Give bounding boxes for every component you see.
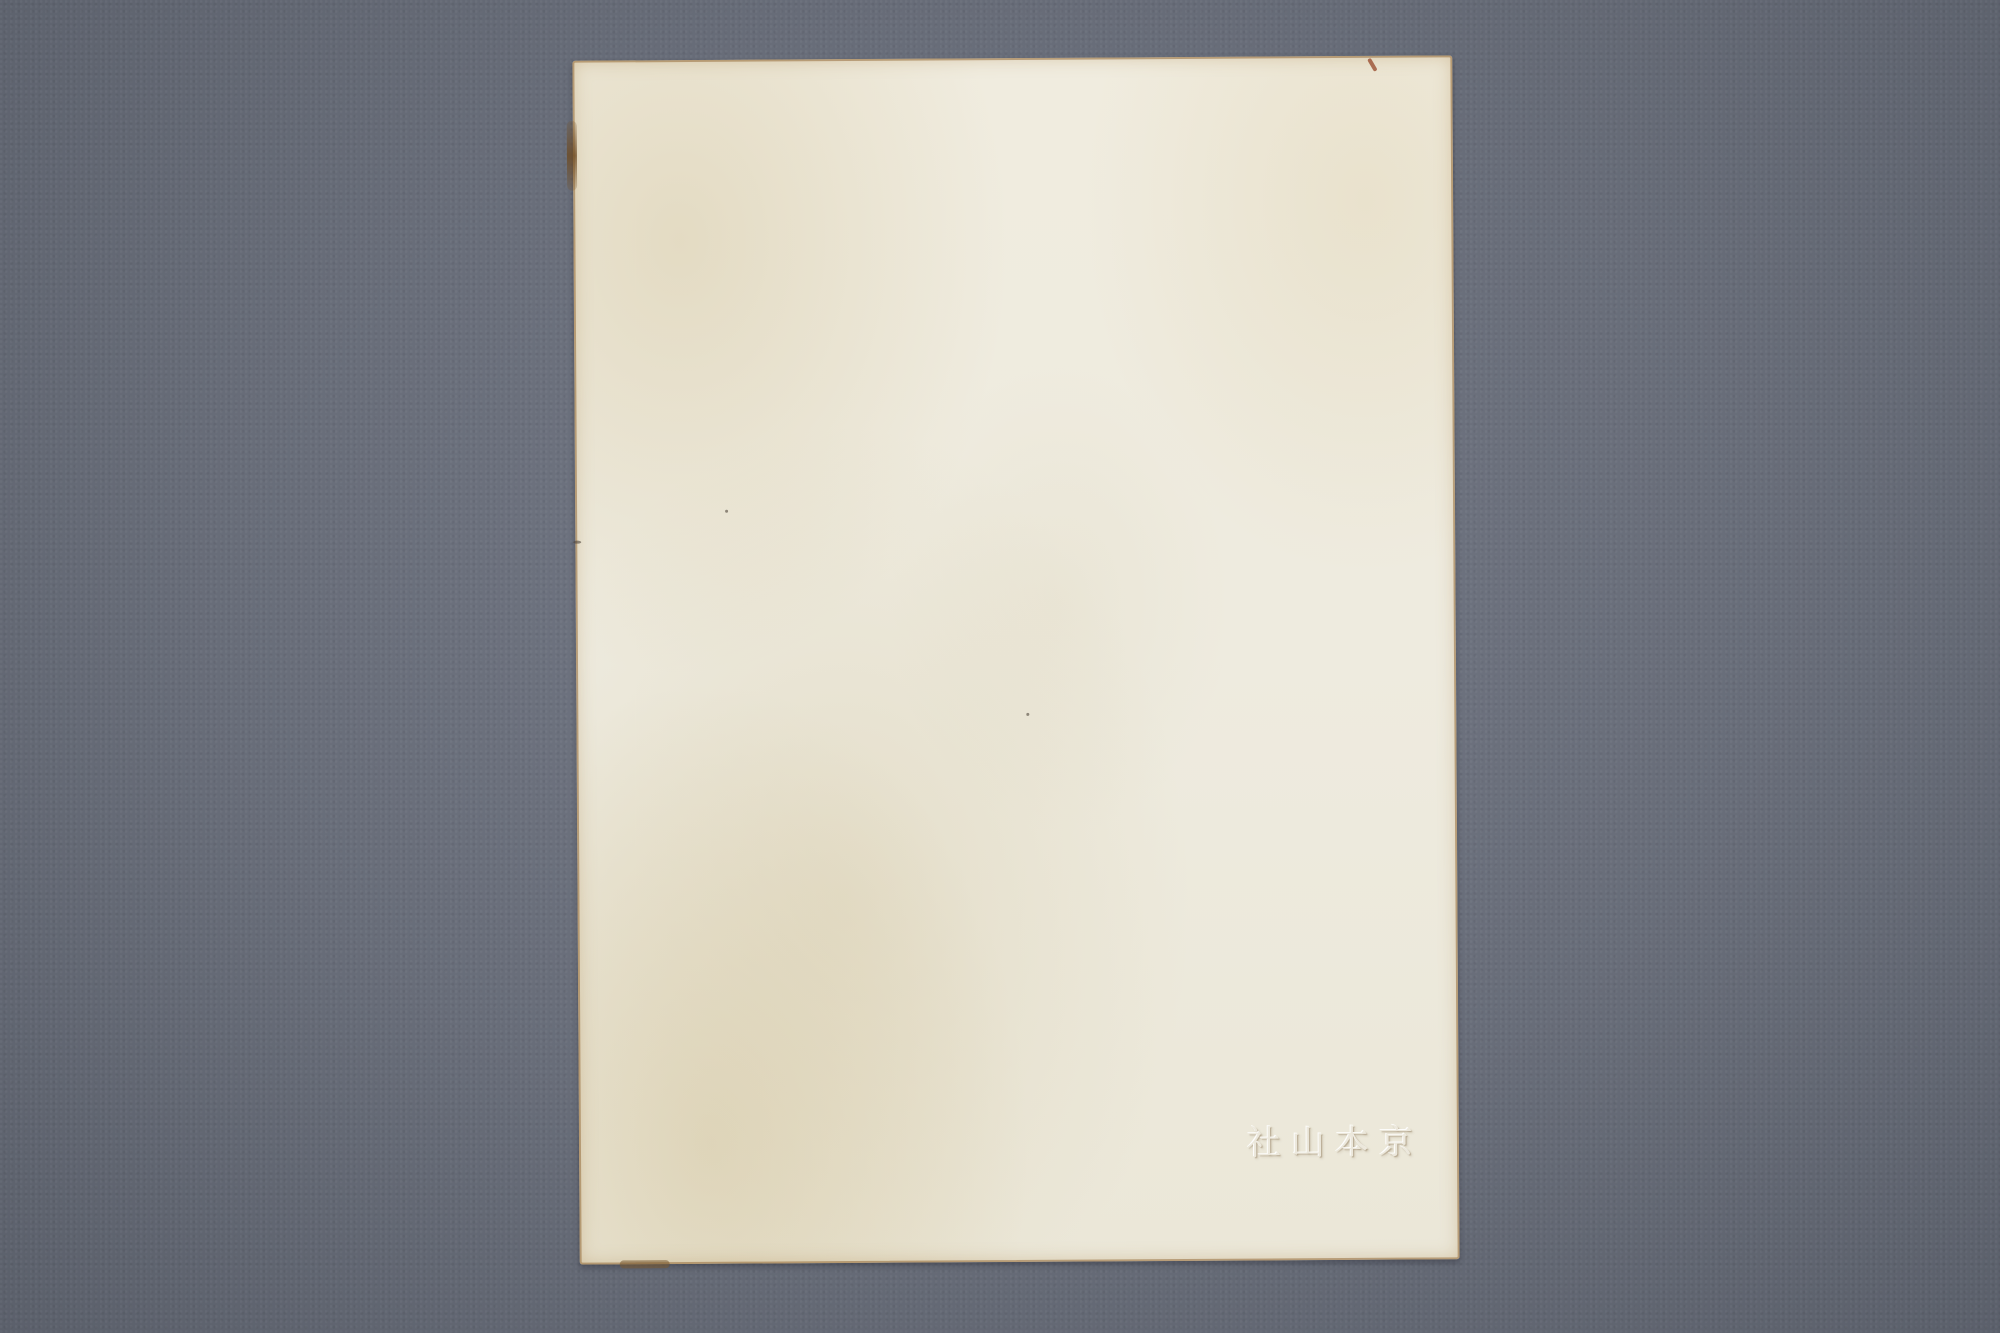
edge-stain [567,121,577,191]
speck [725,510,728,513]
card-back: 社山本京 [572,55,1459,1264]
edge-stain [620,1260,670,1268]
corner-damage [1367,58,1378,72]
speck [1026,713,1029,716]
embossed-studio-mark: 社山本京 [1247,1115,1423,1165]
speck [573,541,581,544]
